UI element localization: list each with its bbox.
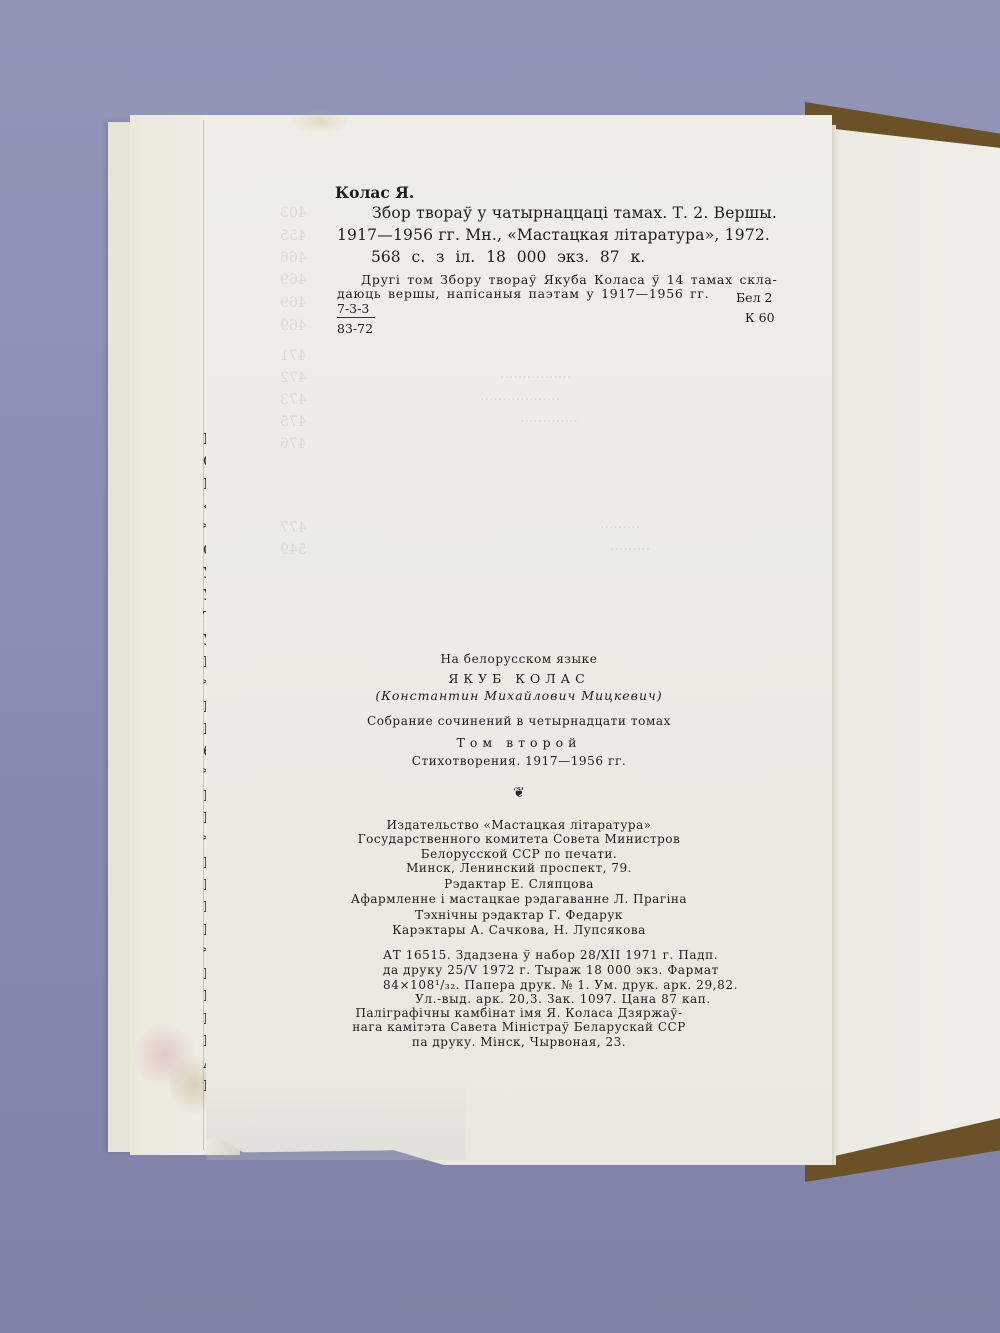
right-page-stack — [826, 128, 1000, 1158]
credit-line: Рэдактар Е. Сляпцова — [206, 877, 832, 892]
bib-code-denominator: 83-72 — [337, 321, 373, 336]
bib-annotation: Другі том Збору твораў Якуба Коласа ў 14… — [361, 272, 777, 287]
publisher-line: Издательство «Мастацкая літаратура» — [206, 818, 832, 832]
publisher-block: Издательство «Мастацкая літаратура» Госу… — [206, 818, 832, 876]
printer-line: нага камітэта Савета Міністраў Беларуска… — [206, 1020, 832, 1034]
bib-bbk: Бел 2 — [736, 290, 772, 305]
printer-line: па друку. Мінск, Чырвоная, 23. — [206, 1035, 832, 1049]
bib-annotation: даюць вершы, напісаныя паэтам у 1917—195… — [337, 286, 709, 301]
bib-code-numerator: 7-3-3 — [337, 301, 369, 316]
author-name: ЯКУБ КОЛАС — [206, 671, 832, 686]
language-note: На белорусском языке — [206, 652, 832, 666]
contents-title: Стихотворения. 1917—1956 гг. — [206, 754, 832, 768]
printer-block: Паліграфічны камбінат імя Я. Коласа Дзяр… — [206, 1006, 832, 1049]
fraction-line — [337, 317, 375, 318]
volume-title: Том второй — [206, 735, 832, 750]
publisher-line: Белорусской ССР по печати. — [206, 847, 832, 861]
print-detail-line: да друку 25/V 1972 г. Тыраж 18 000 экз. … — [383, 963, 743, 978]
ornament-icon: ❦ — [206, 785, 832, 801]
print-details-block: АТ 16515. Здадзена ў набор 28/XII 1971 г… — [383, 948, 743, 1007]
credit-line: Афармленне і мастацкае рэдагаванне Л. Пр… — [206, 892, 832, 907]
collection-title: Собрание сочинений в четырнадцати томах — [206, 714, 832, 728]
bib-author: Колас Я. — [335, 183, 414, 202]
publisher-line: Минск, Ленинский проспект, 79. — [206, 861, 832, 875]
printer-line: Паліграфічны камбінат імя Я. Коласа Дзяр… — [206, 1006, 832, 1020]
author-fullname: (Константин Михайлович Мицкевич) — [206, 688, 832, 703]
torn-page-edge — [206, 1080, 466, 1160]
page-stain — [290, 108, 350, 134]
print-detail-line: АТ 16515. Здадзена ў набор 28/XII 1971 г… — [383, 948, 743, 963]
bib-publication-line: 1917—1956 гг. Мн., «Мастацкая літаратура… — [337, 226, 770, 244]
bib-author-index: К 60 — [745, 310, 775, 325]
credit-line: Карэктары А. Сачкова, Н. Лупсякова — [206, 923, 832, 938]
print-detail-line: Ул.-выд. арк. 20,3. Зак. 1097. Цана 87 к… — [383, 992, 743, 1007]
bib-physical-line: 568 с. з іл. 18 000 экз. 87 к. — [371, 248, 645, 266]
credits-block: Рэдактар Е. Сляпцова Афармленне і мастац… — [206, 877, 832, 939]
publisher-line: Государственного комитета Совета Министр… — [206, 832, 832, 846]
print-detail-line: 84×108¹/₃₂. Папера друк. № 1. Ум. друк. … — [383, 978, 743, 993]
credit-line: Тэхнічны рэдактар Г. Федарук — [206, 908, 832, 923]
bib-title-line: Збор твораў у чатырнаццаці тамах. Т. 2. … — [372, 204, 777, 222]
